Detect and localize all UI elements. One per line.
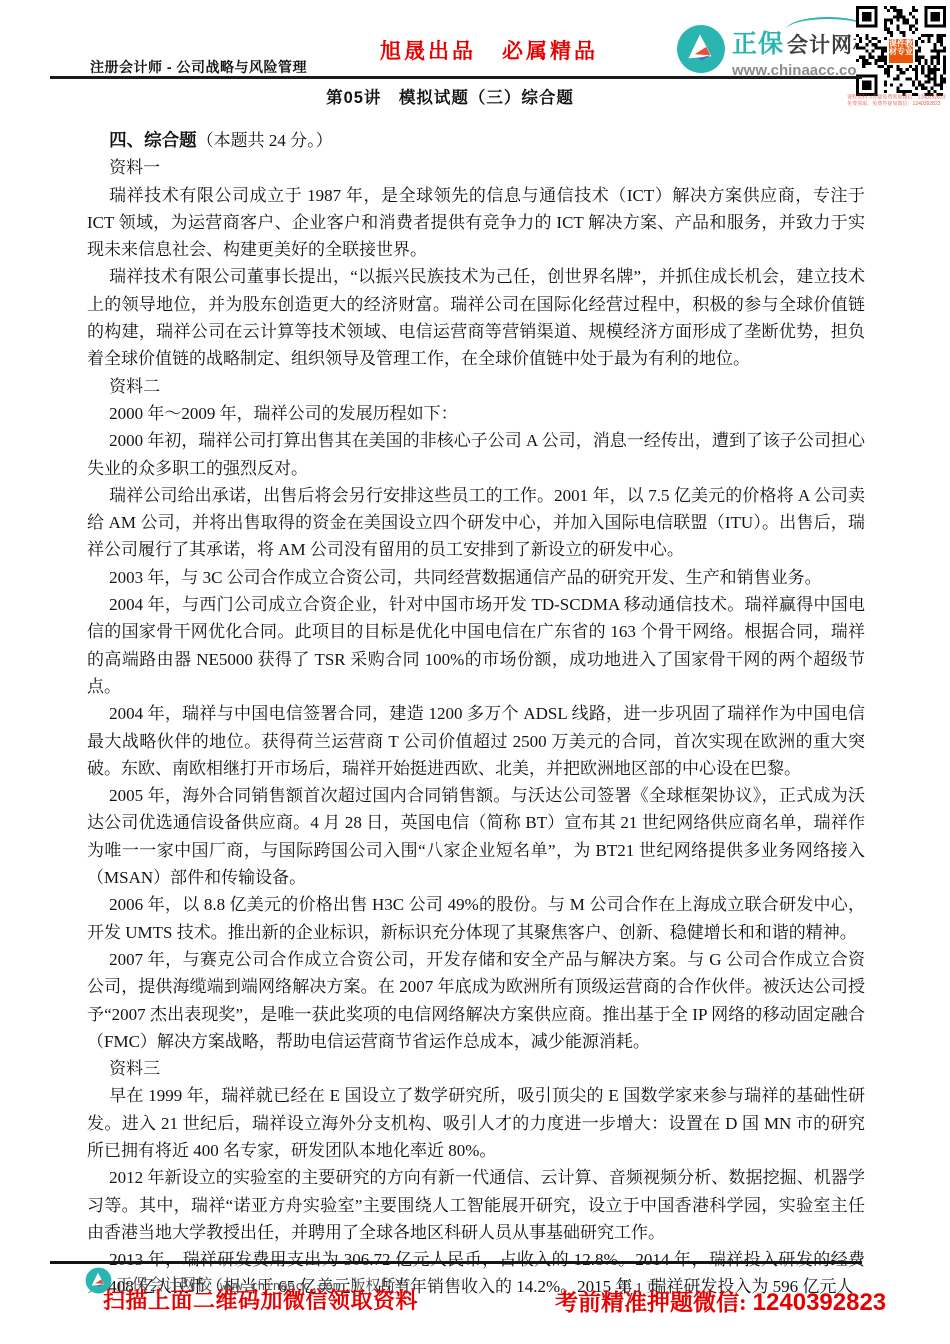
- paragraph: 2000 年初，瑞祥公司打算出售其在美国的非核心子公司 A 公司，消息一经传出，…: [87, 427, 865, 482]
- paragraph: 2007 年，与赛克公司合作成立合资公司，开发存储和安全产品与解决方案。与 G …: [87, 946, 865, 1055]
- brand-logo: 正保 会计网校 www.chinaacc.com: [676, 24, 875, 79]
- paragraph: 2004 年，与西门公司成立合资企业，针对中国市场开发 TD-SCDMA 移动通…: [87, 591, 865, 700]
- paragraph: 瑞祥技术有限公司成立于 1987 年，是全球领先的信息与通信技术（ICT）解决方…: [87, 182, 865, 264]
- section-label: 资料三: [87, 1055, 865, 1082]
- brand-name-primary: 正保: [732, 24, 784, 60]
- paragraph: 早在 1999 年，瑞祥就已经在 E 国设立了数学研究所，吸引顶尖的 E 国数学…: [87, 1082, 865, 1164]
- footer-wechat-tip: 考前精准押题微信:1240392823: [555, 1284, 886, 1317]
- paragraph: 2003 年，与 3C 公司合作成立合资公司，共同经营数据通信产品的研究开发、生…: [87, 564, 865, 591]
- slogan-left: 旭晟出品: [380, 39, 476, 63]
- course-title: 注册会计师 - 公司战略与风险管理: [90, 57, 307, 77]
- question-heading: 四、综合题（本题共 24 分。）: [87, 127, 865, 154]
- paragraph: 瑞祥技术有限公司董事长提出，“以振兴民族技术为己任，创世界名牌”，并抓住成长机会…: [87, 263, 865, 372]
- paragraph: 瑞祥公司给出承诺，出售后将会另行安排这些员工的工作。2001 年，以 7.5 亿…: [87, 482, 865, 564]
- brand-logo-icon: [676, 24, 726, 74]
- section-label: 资料二: [87, 373, 865, 400]
- header-divider: [50, 76, 862, 79]
- paragraph: 2005 年，海外合同销售额首次超过国内合同销售额。与沃达公司签署《全球框架协议…: [87, 782, 865, 891]
- slogan-right: 必属精品: [502, 39, 598, 63]
- footer-wechat-label: 考前精准押题微信:: [555, 1290, 747, 1315]
- footer-divider: [50, 1261, 862, 1264]
- page-title: 第05讲 模拟试题（三）综合题: [0, 84, 900, 108]
- paragraph: 2006 年，以 8.8 亿美元的价格出售 H3C 公司 49%的股份。与 M …: [87, 891, 865, 946]
- qr-code: 课件教材专业: [856, 6, 946, 96]
- section-label: 资料一: [87, 154, 865, 181]
- document-page: 旭晟出品必属精品 注册会计师 - 公司战略与风险管理 正保 会计网校 www.c…: [0, 0, 950, 1344]
- qr-center-badge: 课件教材专业: [888, 38, 914, 64]
- footer-wechat-number: 1240392823: [753, 1289, 886, 1316]
- paragraph: 2004 年，瑞祥与中国电信签署合同，建造 1200 多万个 ADSL 线路，进…: [87, 700, 865, 782]
- paragraph: 2012 年新设立的实验室的主要研究的方向有新一代通信、云计算、音频视频分析、数…: [87, 1164, 865, 1246]
- document-body: 四、综合题（本题共 24 分。）资料一瑞祥技术有限公司成立于 1987 年，是全…: [87, 127, 865, 1301]
- paragraph: 2000 年～2009 年，瑞祥公司的发展历程如下：: [87, 400, 865, 427]
- header-slogans: 旭晟出品必属精品: [380, 35, 598, 65]
- footer-scan-tip: 扫描上面二维码加微信领取资料: [103, 1284, 418, 1315]
